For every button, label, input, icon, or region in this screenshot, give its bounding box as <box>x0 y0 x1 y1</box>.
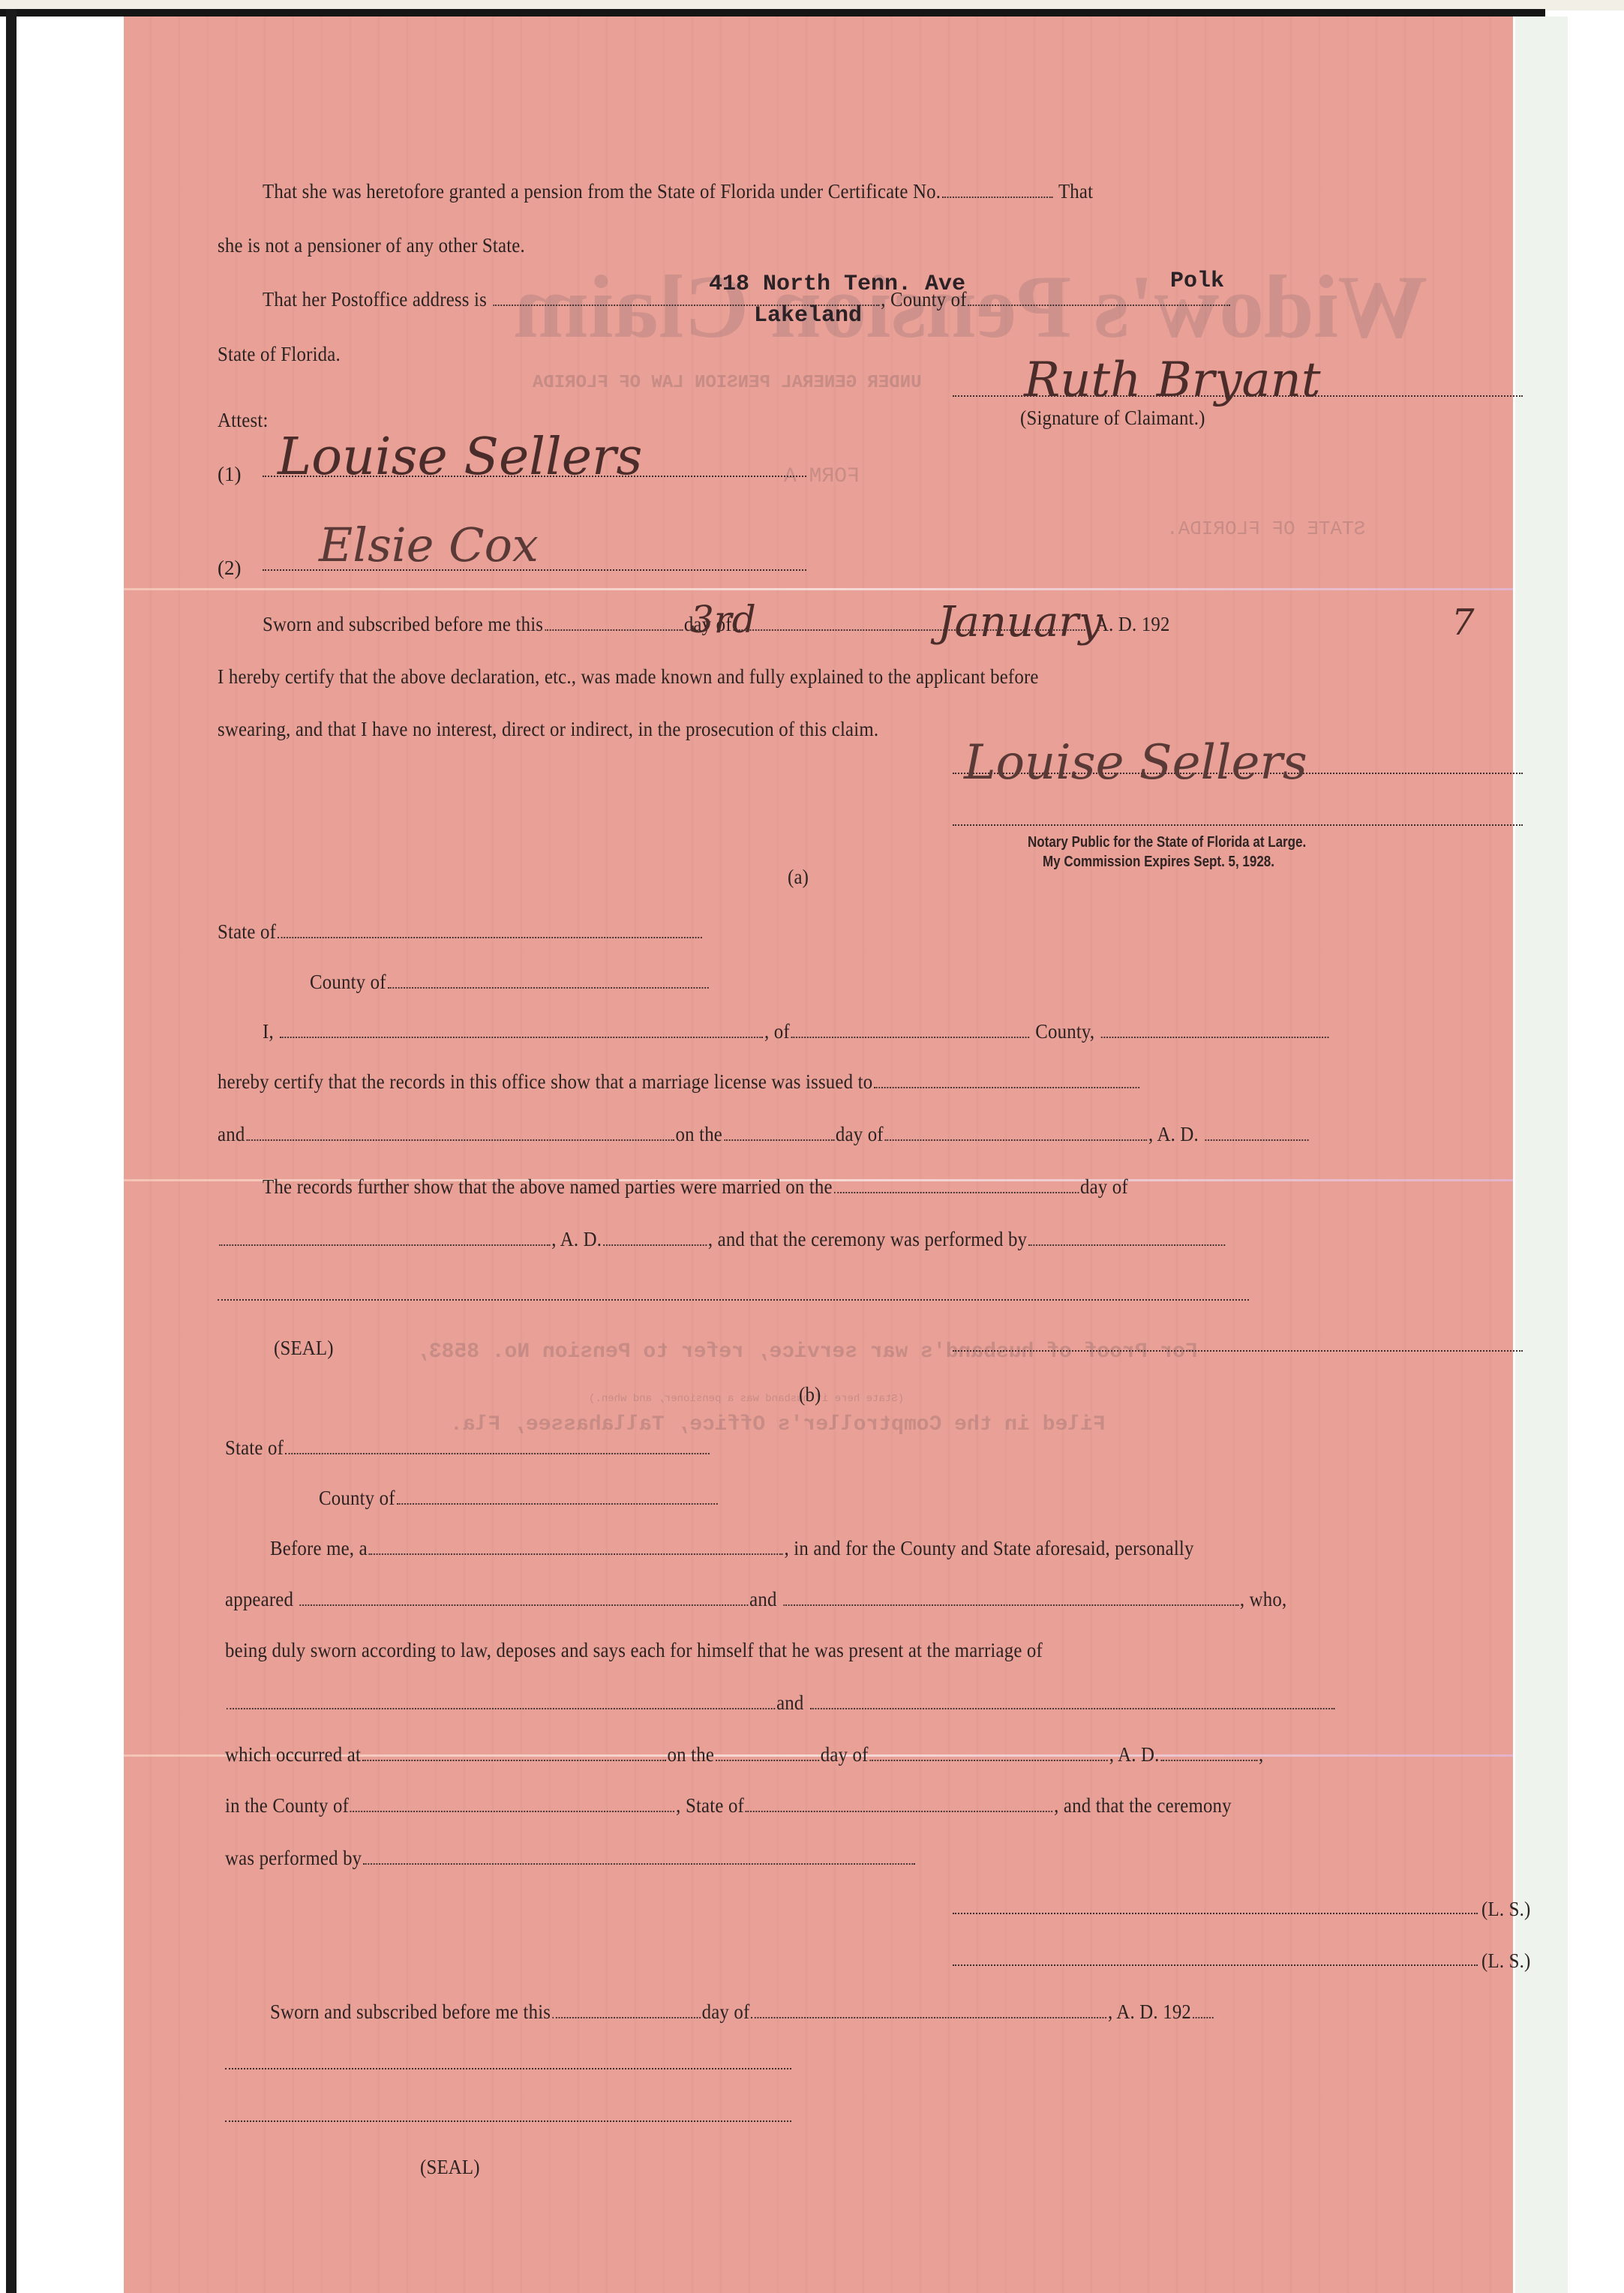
scan-black-border-left <box>6 9 17 2293</box>
section-a-i-line: I, , of County, <box>263 1020 1330 1043</box>
sworn-year-digit: 7 <box>1451 602 1475 644</box>
state-line: State of Florida. <box>218 343 341 366</box>
section-b-marriage-parties: and <box>225 1691 1336 1715</box>
marriage-year-field[interactable] <box>1160 1743 1257 1761</box>
officiant-field[interactable] <box>1028 1228 1225 1246</box>
section-a-certify-line: hereby certify that the records in this … <box>218 1070 1141 1094</box>
claimant-signature: Ruth Bryant <box>1024 353 1321 408</box>
section-b-occurred-line: which occurred aton theday of, A. D., <box>225 1743 1263 1766</box>
section-b-performed-by: was performed by <box>225 1847 917 1870</box>
marriage-county-field[interactable] <box>350 1794 674 1812</box>
sworn-day-handwritten: 3rd <box>690 598 756 641</box>
witness-2-signature: Elsie Cox <box>319 518 539 572</box>
fold-line <box>124 588 1513 590</box>
license-year-field[interactable] <box>1205 1123 1308 1141</box>
section-a-county: County of <box>310 971 710 994</box>
officiant-line-2[interactable] <box>218 1299 1249 1301</box>
section-b-before-me: Before me, a, in and for the County and … <box>270 1537 1194 1560</box>
ls-mark-2: (L. S.) <box>1481 1949 1530 1973</box>
section-b-marker: (b) <box>799 1383 821 1406</box>
marriage-party-2-field[interactable] <box>810 1691 1334 1709</box>
section-a-of-county-field[interactable] <box>791 1020 1029 1038</box>
section-a-records-line: The records further show that the above … <box>263 1175 1128 1199</box>
attest-label: Attest: <box>218 409 269 432</box>
affiant-2-field[interactable] <box>783 1588 1238 1606</box>
certify-line-1: I hereby certify that the above declarat… <box>218 665 1039 689</box>
witness-2-number: (2) <box>218 557 241 580</box>
typed-county: Polk <box>1170 269 1224 294</box>
notary-line-2[interactable] <box>953 824 1523 826</box>
affiant-2-signature-line[interactable] <box>953 1964 1478 1966</box>
pension-form-page: Widow's Pension Claim UNDER GENERAL PENS… <box>124 17 1513 2293</box>
not-pensioner-line: she is not a pensioner of any other Stat… <box>218 234 525 257</box>
marriage-party-1-field[interactable] <box>227 1691 775 1709</box>
license-day-field[interactable] <box>724 1123 834 1141</box>
section-b-seal: (SEAL) <box>420 2156 480 2179</box>
sworn-month-handwritten: January <box>938 598 1103 647</box>
section-b-state-field[interactable] <box>285 1436 710 1454</box>
notary-commission-stamp: My Commission Expires Sept. 5, 1928. <box>1043 854 1274 871</box>
marriage-month-field[interactable] <box>869 1743 1107 1761</box>
officer-signature-line-2[interactable] <box>225 2120 791 2122</box>
ghost-proof-line: For Proof of husband's war service, refe… <box>416 1340 1198 1364</box>
section-a-state-field[interactable] <box>278 920 702 938</box>
section-b-sworn-line-2: Sworn and subscribed before me thisday o… <box>270 2000 1214 2024</box>
affiant-1-field[interactable] <box>299 1588 748 1606</box>
section-a-office-field[interactable] <box>1101 1020 1329 1038</box>
license-issued-to-field[interactable] <box>874 1070 1139 1088</box>
section-a-county-field[interactable] <box>388 971 709 989</box>
officer-title-field[interactable] <box>369 1537 783 1555</box>
married-year-field[interactable] <box>603 1228 707 1246</box>
section-b-sworn-day-field[interactable] <box>552 2000 701 2018</box>
notary-title-stamp: Notary Public for the State of Florida a… <box>1028 834 1306 851</box>
married-day-field[interactable] <box>834 1175 1079 1193</box>
section-b-sworn-year-field[interactable] <box>1193 2000 1214 2018</box>
section-b-state: State of <box>225 1436 711 1460</box>
witness-1-signature: Louise Sellers <box>278 428 642 487</box>
claimant-signature-label: (Signature of Claimant.) <box>1020 407 1205 430</box>
section-a-name-field[interactable] <box>280 1020 763 1038</box>
section-b-officiant-field[interactable] <box>363 1847 915 1865</box>
sworn-day-field[interactable] <box>545 613 683 631</box>
certificate-line: That she was heretofore granted a pensio… <box>263 180 1093 203</box>
ghost-filed-line: Filed in the Comptroller's Office, Talla… <box>450 1413 1106 1436</box>
scan-black-border-top <box>0 9 1545 17</box>
notary-signature: Louise Sellers <box>964 735 1307 791</box>
section-b-county-state-line: in the County of, State of, and that the… <box>225 1794 1232 1817</box>
certificate-number-field[interactable] <box>942 180 1052 198</box>
married-month-field[interactable] <box>219 1228 551 1246</box>
section-a-seal: (SEAL) <box>274 1337 334 1360</box>
ghost-state: STATE OF FLORIDA. <box>1166 518 1365 540</box>
witness-1-number: (1) <box>218 463 241 486</box>
typed-address: 418 North Tenn. Ave <box>709 272 965 297</box>
section-b-county-field[interactable] <box>397 1487 718 1505</box>
section-b-appeared: appeared and , who, <box>225 1588 1286 1611</box>
license-month-field[interactable] <box>885 1123 1148 1141</box>
section-a-ceremony-line: , A. D., and that the ceremony was perfo… <box>218 1228 1226 1251</box>
marriage-day-field[interactable] <box>716 1743 819 1761</box>
section-a-marker: (a) <box>788 866 809 889</box>
certify-line-2: swearing, and that I have no interest, d… <box>218 718 878 741</box>
officer-signature-line-1[interactable] <box>225 2068 791 2069</box>
affiant-1-signature-line[interactable] <box>953 1913 1478 1914</box>
ls-mark-1: (L. S.) <box>1481 1898 1530 1921</box>
ghost-small-note: (State here if husband was a pensioner, … <box>589 1393 904 1405</box>
section-b-sworn-line: being duly sworn according to law, depos… <box>225 1639 1043 1662</box>
marriage-state-field[interactable] <box>746 1794 1052 1812</box>
typed-city: Lakeland <box>754 303 862 329</box>
section-b-sworn-month-field[interactable] <box>751 2000 1106 2018</box>
marriage-place-field[interactable] <box>362 1743 666 1761</box>
clerk-signature-line[interactable] <box>953 1350 1523 1352</box>
section-a-and-line: andon theday of, A. D. <box>218 1123 1310 1146</box>
ghost-subtitle: UNDER GENERAL PENSION LAW OF FLORIDA <box>533 373 921 393</box>
license-party-2-field[interactable] <box>246 1123 674 1141</box>
section-a-state: State of <box>218 920 704 944</box>
section-b-county: County of <box>319 1487 719 1510</box>
